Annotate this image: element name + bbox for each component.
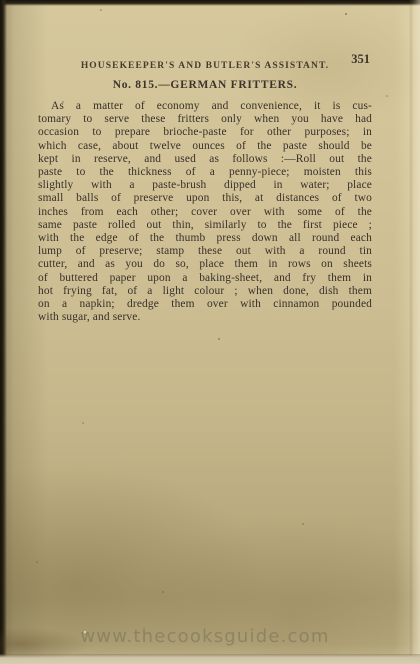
recipe-body: As a matter of economy and convenience, … <box>38 100 372 324</box>
running-header: HOUSEKEEPER'S AND BUTLER'S ASSISTANT. 35… <box>38 55 372 68</box>
body-line: small balls of preserve upon this, at di… <box>38 192 372 205</box>
body-line: hot frying fat, of a light colour ; when… <box>38 285 372 298</box>
watermark: www.thecooksguide.com <box>0 626 410 647</box>
body-line: cutter, and as you do so, place them in … <box>38 258 372 271</box>
body-line: of buttered paper upon a baking-sheet, a… <box>38 272 372 285</box>
running-head-title: HOUSEKEEPER'S AND BUTLER'S ASSISTANT. <box>81 61 329 71</box>
body-line: same paste rolled out thin, similarly to… <box>38 219 372 232</box>
scan-edge-left <box>0 0 7 664</box>
body-line: slightly with a paste-brush dipped in wa… <box>38 179 372 192</box>
page-text-block: HOUSEKEEPER'S AND BUTLER'S ASSISTANT. 35… <box>38 55 372 324</box>
body-line: on a napkin; dredge them over with cinna… <box>38 298 372 311</box>
book-page-scan: HOUSEKEEPER'S AND BUTLER'S ASSISTANT. 35… <box>0 0 420 664</box>
page-fore-edge <box>409 0 420 664</box>
body-line: occasion to prepare brioche-paste for ot… <box>38 126 372 139</box>
body-line: with sugar, and serve. <box>38 311 372 324</box>
body-line: As a matter of economy and convenience, … <box>38 100 372 113</box>
scan-edge-top <box>0 0 420 6</box>
body-line: which case, about twelve ounces of the p… <box>38 140 372 153</box>
body-line: with the edge of the thumb press down al… <box>38 232 372 245</box>
body-line: inches from each other; cover over with … <box>38 206 372 219</box>
body-line: tomary to serve these fritters only when… <box>38 113 372 126</box>
paper-specks <box>0 0 2 2</box>
page-number: 351 <box>351 52 370 67</box>
body-line: kept in reserve, and used as follows :—R… <box>38 153 372 166</box>
body-line: paste to the thickness of a penny-piece;… <box>38 166 372 179</box>
recipe-heading: No. 815.—GERMAN FRITTERS. <box>38 79 372 91</box>
body-line: lump of preserve; stamp these out with a… <box>38 245 372 258</box>
